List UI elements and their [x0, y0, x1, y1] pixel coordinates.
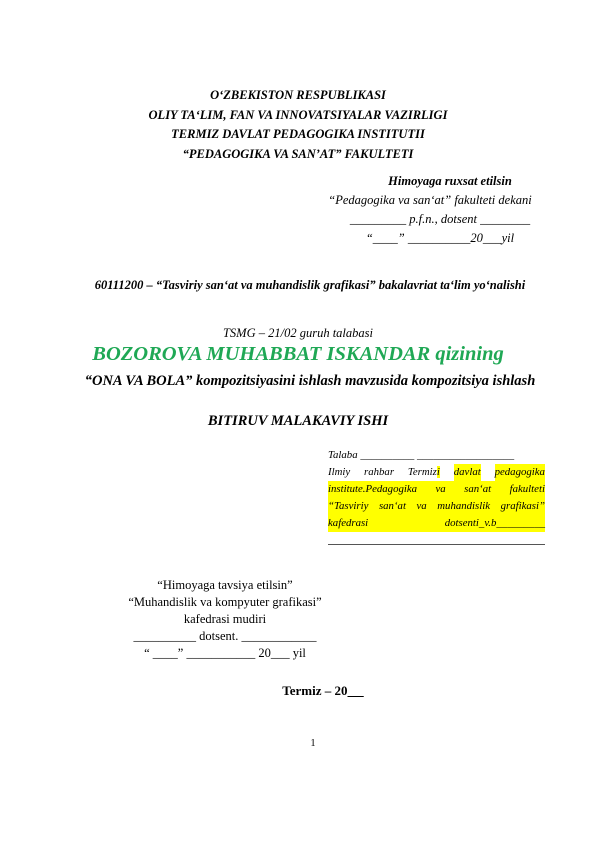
student-name: BOZOROVA MUHABBAT ISKANDAR qizining: [0, 340, 596, 368]
dept-line-head: kafedrasi mudiri: [100, 611, 350, 628]
approval-signature-line: _________ p.f.n., dotsent ________: [300, 210, 560, 229]
word: muhandislik: [437, 498, 490, 515]
word: va: [436, 481, 446, 498]
city-year: Termiz – 20: [0, 683, 596, 699]
department-recommendation: “Himoyaga tavsiya etilsin” “Muhandislik …: [100, 577, 350, 662]
word: kafedrasi: [328, 515, 368, 532]
word: san‘at: [464, 481, 491, 498]
student-signature-line: Talaba __________ __________________: [328, 447, 545, 464]
word: fakulteti: [510, 481, 545, 498]
thesis-topic: “ONA VA BOLA” kompozitsiyasini ishlash m…: [70, 371, 550, 392]
page-number: 1: [0, 738, 596, 749]
header-line-faculty: “PEDAGOGIKA VA SAN’AT” FAKULTETI: [0, 145, 596, 165]
word: pedagogika: [495, 464, 545, 481]
institution-header: O‘ZBEKISTON RESPUBLIKASI OLIY TA‘LIM, FA…: [0, 86, 596, 164]
dept-line-recommend: “Himoyaga tavsiya etilsin”: [100, 577, 350, 594]
supervisor-row-2: institute.Pedagogika va san‘at fakulteti: [328, 481, 545, 498]
dept-line-name: “Muhandislik va kompyuter grafikasi”: [100, 594, 350, 611]
word: san‘at: [379, 498, 406, 515]
year-blank: [347, 683, 363, 698]
word: Termizi: [408, 464, 440, 481]
dept-line-signature: __________ dotsent. ____________: [100, 628, 350, 645]
word: davlat: [454, 464, 481, 481]
defense-approval-block: Himoyaga ruxsat etilsin “Pedagogika va s…: [300, 172, 560, 248]
word: dotsenti_v.b_________: [445, 515, 545, 532]
supervisor-info: Ilmiy rahbar Termizi davlat pedagogika i…: [328, 464, 545, 532]
header-line-institute: TERMIZ DAVLAT PEDAGOGIKA INSTITUTII: [0, 125, 596, 145]
word: institute.Pedagogika: [328, 481, 417, 498]
work-type-title: BITIRUV MALAKAVIY ISHI: [0, 411, 596, 431]
document-page: O‘ZBEKISTON RESPUBLIKASI OLIY TA‘LIM, FA…: [0, 0, 596, 842]
supervisor-row-4: kafedrasi dotsenti_v.b_________: [328, 515, 545, 532]
header-line-country: O‘ZBEKISTON RESPUBLIKASI: [0, 86, 596, 106]
study-direction: 60111200 – “Tasviriy san‘at va muhandisl…: [80, 276, 540, 295]
approval-dean-line: “Pedagogika va san‘at” fakulteti dekani: [300, 191, 560, 210]
word: va: [417, 498, 427, 515]
city-year-text: Termiz – 20: [282, 683, 347, 698]
dept-line-date: “ ____” ___________ 20___ yil: [100, 645, 350, 662]
word: grafikasi”: [501, 498, 545, 515]
supervisor-row-1: Ilmiy rahbar Termizi davlat pedagogika: [328, 464, 545, 481]
supervisor-block: Talaba __________ __________________ Ilm…: [328, 447, 545, 545]
student-signature-blank: __________ __________________: [360, 449, 514, 461]
signature-rule: [328, 544, 545, 545]
word: Ilmiy: [328, 464, 350, 481]
word: “Tasviriy: [328, 498, 368, 515]
header-line-ministry: OLIY TA‘LIM, FAN VA INNOVATSIYALAR VAZIR…: [0, 106, 596, 126]
approval-title: Himoyaga ruxsat etilsin: [300, 172, 560, 191]
student-label: Talaba: [328, 449, 358, 461]
supervisor-row-3: “Tasviriy san‘at va muhandislik grafikas…: [328, 498, 545, 515]
approval-date-line: “____” __________20___yil: [300, 229, 560, 248]
word: rahbar: [364, 464, 394, 481]
